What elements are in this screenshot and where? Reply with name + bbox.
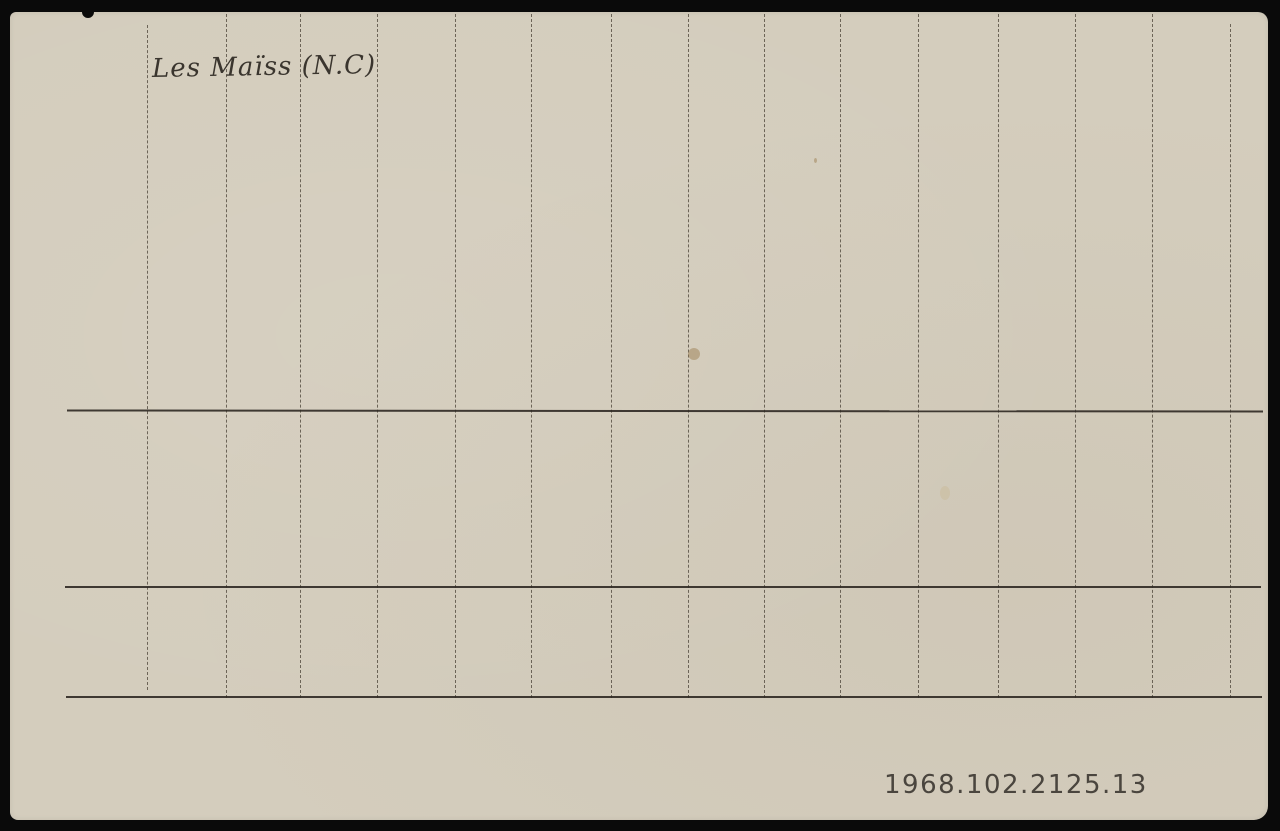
paper-stain bbox=[814, 158, 817, 163]
vertical-rule bbox=[840, 14, 841, 698]
card-heading: Les Maïss (N.C) bbox=[152, 50, 377, 84]
vertical-rule bbox=[226, 14, 227, 698]
vertical-rule bbox=[455, 14, 456, 698]
paper-stain bbox=[940, 486, 950, 500]
vertical-rule bbox=[1075, 14, 1076, 698]
vertical-rule bbox=[918, 14, 919, 698]
vertical-rule bbox=[1152, 14, 1153, 698]
accession-number: 1968.102.2125.13 bbox=[884, 770, 1148, 800]
vertical-rule bbox=[300, 14, 301, 698]
horizontal-rule bbox=[66, 696, 1262, 698]
index-card bbox=[10, 12, 1268, 820]
scan-background: Les Maïss (N.C) 1968.102.2125.13 bbox=[0, 0, 1280, 831]
paper-stain bbox=[688, 348, 700, 360]
vertical-rule bbox=[531, 14, 532, 698]
vertical-rule bbox=[764, 14, 765, 698]
vertical-rule bbox=[1230, 24, 1231, 698]
horizontal-rule bbox=[65, 586, 1261, 588]
vertical-rule bbox=[147, 25, 148, 690]
vertical-rule bbox=[611, 14, 612, 698]
vertical-rule bbox=[998, 14, 999, 698]
vertical-rule bbox=[377, 14, 378, 698]
